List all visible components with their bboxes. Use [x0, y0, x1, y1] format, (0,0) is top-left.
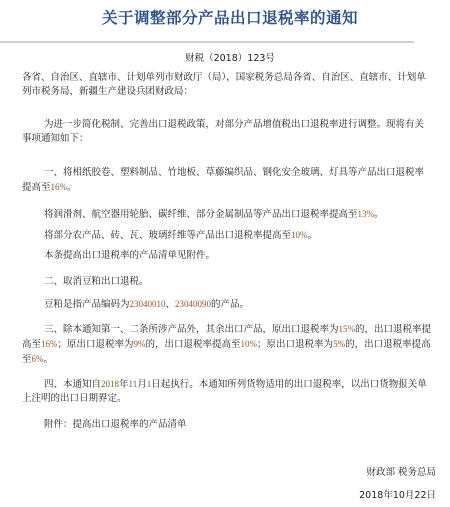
rate-value: 16%: [51, 182, 68, 192]
section4-paragraph: 四、本通知自2018年11月1日起执行。本通知所列货物适用的出口退税率，以出口货…: [22, 377, 432, 406]
title-divider: [0, 41, 414, 43]
rate-value: 13%: [358, 209, 375, 219]
rate-value: 5%: [333, 339, 345, 349]
addressee: 各省、自治区、直辖市、计划单列市财政厅（局），国家税务总局各省、自治区、直辖市、…: [22, 71, 432, 99]
section1-item-b-text: 将润滑剂、航空器用轮胎、碳纤维、部分金属制品等产品出口退税率提高至: [44, 209, 358, 220]
date-year: 2018: [101, 379, 119, 389]
issuer: 财政部 税务总局: [366, 464, 436, 478]
section1-item-c: 将部分农产品、砖、瓦、玻璃纤维等产品出口退税率提高至10%。: [22, 228, 432, 243]
intro-paragraph: 为进一步简化税制、完善出口退税政策，对部分产品增值税出口退税率进行调整。现将有关…: [22, 118, 432, 146]
section3-text: ；原出口退税率为: [58, 339, 134, 350]
section2-detail-prefix: 豆粕是指产品编码为: [44, 299, 130, 310]
rate-value: 10%: [291, 230, 308, 240]
page-title: 关于调整部分产品出口退税率的通知: [0, 6, 450, 28]
rate-value: 9%: [134, 339, 146, 349]
product-code: 23040090: [175, 299, 211, 309]
section1-item-a-text: 一、将相纸胶卷、塑料制品、竹地板、草藤编织品、钢化安全玻璃、灯具等产品出口退税率…: [22, 167, 424, 193]
rate-value: 15%: [339, 324, 356, 334]
section3-text: 三、除本通知第一、二条所涉产品外，其余出口产品，原出口退税率为: [44, 324, 339, 335]
section3-text: 的，出口退税率提高至: [146, 339, 241, 350]
rate-value: 6%: [32, 354, 44, 364]
section4-text: 四、本通知自: [44, 379, 101, 390]
attachment-link[interactable]: 附件：提高出口退税率的产品清单: [22, 418, 432, 432]
section3-text: ；原出口退税率为: [257, 339, 333, 350]
rate-value: 10%: [241, 339, 258, 349]
section1-item-a: 一、将相纸胶卷、塑料制品、竹地板、草藤编织品、钢化安全玻璃、灯具等产品出口退税率…: [22, 166, 432, 195]
section1-item-b: 将润滑剂、航空器用轮胎、碳纤维、部分金属制品等产品出口退税率提高至13%。: [22, 207, 432, 222]
date-month: 11: [129, 379, 138, 389]
issue-date: 2018年10月22日: [359, 487, 436, 501]
section3-text: 。: [44, 354, 54, 365]
section4-text: 月: [137, 379, 147, 390]
product-code: 23040010: [130, 299, 166, 309]
section2-detail-suffix: 的产品。: [211, 299, 249, 310]
section4-text: 年: [119, 379, 129, 390]
section3-paragraph: 三、除本通知第一、二条所涉产品外，其余出口产品，原出口退税率为15%的，出口退税…: [22, 322, 432, 367]
document-number: 财税（2018）123号: [0, 50, 450, 64]
rate-value: 16%: [41, 339, 58, 349]
section1-note: 本条提高出口退税率的产品清单见附件。: [22, 249, 432, 263]
section2-detail: 豆粕是指产品编码为23040010、23040090的产品。: [22, 297, 432, 312]
section1-item-c-text: 将部分农产品、砖、瓦、玻璃纤维等产品出口退税率提高至: [44, 230, 291, 241]
section2-heading: 二、取消豆粕出口退税。: [22, 275, 432, 289]
